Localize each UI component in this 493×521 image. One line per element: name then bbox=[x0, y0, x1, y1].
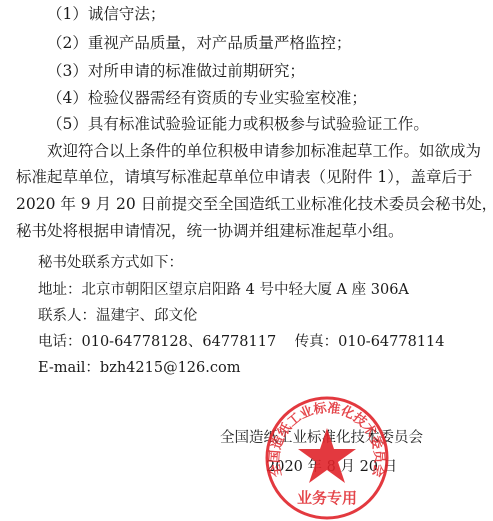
invitation-line-3: 2020 年 9 月 20 日前提交至全国造纸工业标准化技术委员会秘书处， bbox=[16, 194, 493, 214]
invitation-line-2: 标准起草单位，请填写标准起草单位申请表（见附件 1），盖章后于 bbox=[16, 167, 473, 187]
contact-persons: 联系人：温建宇、邱文伦 bbox=[38, 306, 198, 326]
requirement-1: （1）诚信守法； bbox=[47, 4, 165, 24]
seal-center-text: 业务专用 bbox=[297, 489, 357, 507]
signature-date: 2020 年 8 月 20 日 bbox=[266, 457, 397, 477]
signature-organization: 全国造纸工业标准化技术委员会 bbox=[220, 428, 423, 448]
requirement-5: （5）具有标准试验验证能力或积极参与试验验证工作。 bbox=[47, 114, 429, 134]
contact-address: 地址：北京市朝阳区望京启阳路 4 号中轻大厦 A 座 306A bbox=[38, 280, 409, 300]
invitation-line-1: 欢迎符合以上条件的单位积极申请参加标准起草工作。如欲成为 bbox=[47, 141, 481, 161]
contact-heading: 秘书处联系方式如下： bbox=[38, 253, 183, 273]
requirement-2: （2）重视产品质量，对产品质量严格监控； bbox=[47, 33, 351, 53]
requirement-4: （4）检验仪器需经有资质的专业实验室校准； bbox=[47, 88, 367, 108]
contact-email: E-mail：bzh4215@126.com bbox=[38, 358, 240, 378]
contact-phone: 电话：010-64778128、64778117 传真：010-64778114 bbox=[38, 332, 445, 352]
requirement-3: （3）对所申请的标准做过前期研究； bbox=[47, 61, 305, 81]
invitation-line-4: 秘书处将根据申请情况，统一协调并组建标准起草小组。 bbox=[16, 221, 404, 241]
